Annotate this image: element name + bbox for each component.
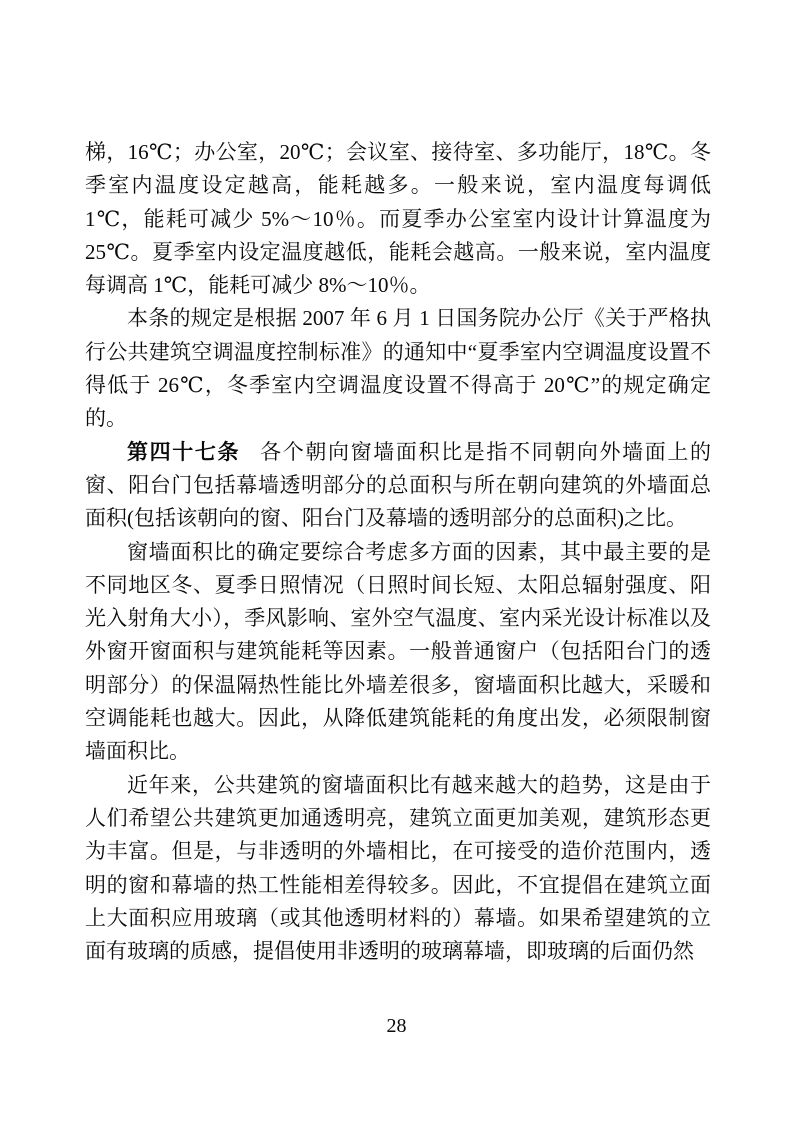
document-page: 梯，16℃；办公室，20℃；会议室、接待室、多功能厅，18℃。冬季室内温度设定越… xyxy=(0,0,793,1122)
paragraph-window-wall-ratio-factors: 窗墙面积比的确定要综合考虑多方面的因素，其中最主要的是不同地区冬、夏季日照情况（… xyxy=(85,536,711,769)
paragraph-winter-summer-temperature: 梯，16℃；办公室，20℃；会议室、接待室、多功能厅，18℃。冬季室内温度设定越… xyxy=(85,136,711,302)
page-number: 28 xyxy=(387,1015,407,1037)
article-number-heading: 第四十七条 xyxy=(127,440,240,464)
paragraph-recent-trends: 近年来，公共建筑的窗墙面积比有越来越大的趋势，这是由于人们希望公共建筑更加通透明… xyxy=(85,769,711,969)
paragraph-article-47: 第四十七条各个朝向窗墙面积比是指不同朝向外墙面上的窗、阳台门包括幕墙透明部分的总… xyxy=(85,436,711,536)
paragraph-regulation-basis: 本条的规定是根据 2007 年 6 月 1 日国务院办公厅《关于严格执行公共建筑… xyxy=(85,302,711,435)
page-footer: 28 xyxy=(0,1012,793,1040)
text-block: 梯，16℃；办公室，20℃；会议室、接待室、多功能厅，18℃。冬季室内温度设定越… xyxy=(85,136,711,968)
